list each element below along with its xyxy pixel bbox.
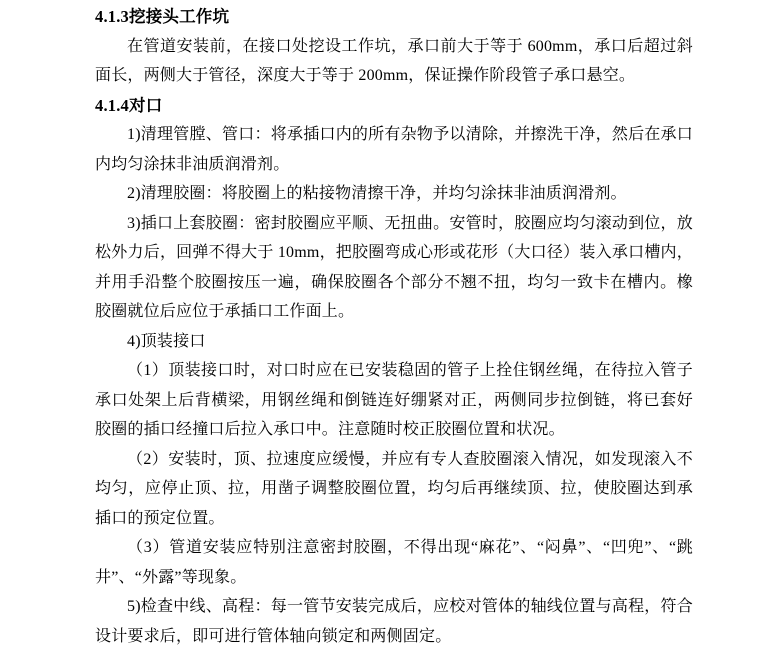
- section-heading: 4.1.4对口: [95, 91, 693, 121]
- document-content: 4.1.3挖接头工作坑在管道安装前，在接口处挖设工作坑，承口前大于等于 600m…: [95, 2, 693, 651]
- document-page: 4.1.3挖接头工作坑在管道安装前，在接口处挖设工作坑，承口前大于等于 600m…: [0, 0, 760, 658]
- body-paragraph: 2)清理胶圈：将胶圈上的粘接物清擦干净，并均匀涂抹非油质润滑剂。: [95, 179, 693, 209]
- body-paragraph: 1)清理管膛、管口：将承插口内的所有杂物予以清除，并擦洗干净，然后在承口内均匀涂…: [95, 120, 693, 179]
- body-paragraph: 在管道安装前，在接口处挖设工作坑，承口前大于等于 600mm，承口后超过斜面长，…: [95, 32, 693, 91]
- body-paragraph: 3)插口上套胶圈：密封胶圈应平顺、无扭曲。安管时，胶圈应均匀滚动到位，放松外力后…: [95, 209, 693, 327]
- body-paragraph: （1）顶装接口时，对口时应在已安装稳固的管子上拴住钢丝绳，在待拉入管子承口处架上…: [95, 356, 693, 445]
- body-paragraph: 5)检查中线、高程：每一管节安装完成后，应校对管体的轴线位置与高程，符合设计要求…: [95, 592, 693, 651]
- section-heading: 4.1.3挖接头工作坑: [95, 2, 693, 32]
- body-paragraph: 4)顶装接口: [95, 327, 693, 357]
- body-paragraph: （3）管道安装应特别注意密封胶圈，不得出现“麻花”、“闷鼻”、“凹兜”、“跳井”…: [95, 533, 693, 592]
- body-paragraph: （2）安装时，顶、拉速度应缓慢，并应有专人查胶圈滚入情况，如发现滚入不均匀，应停…: [95, 445, 693, 534]
